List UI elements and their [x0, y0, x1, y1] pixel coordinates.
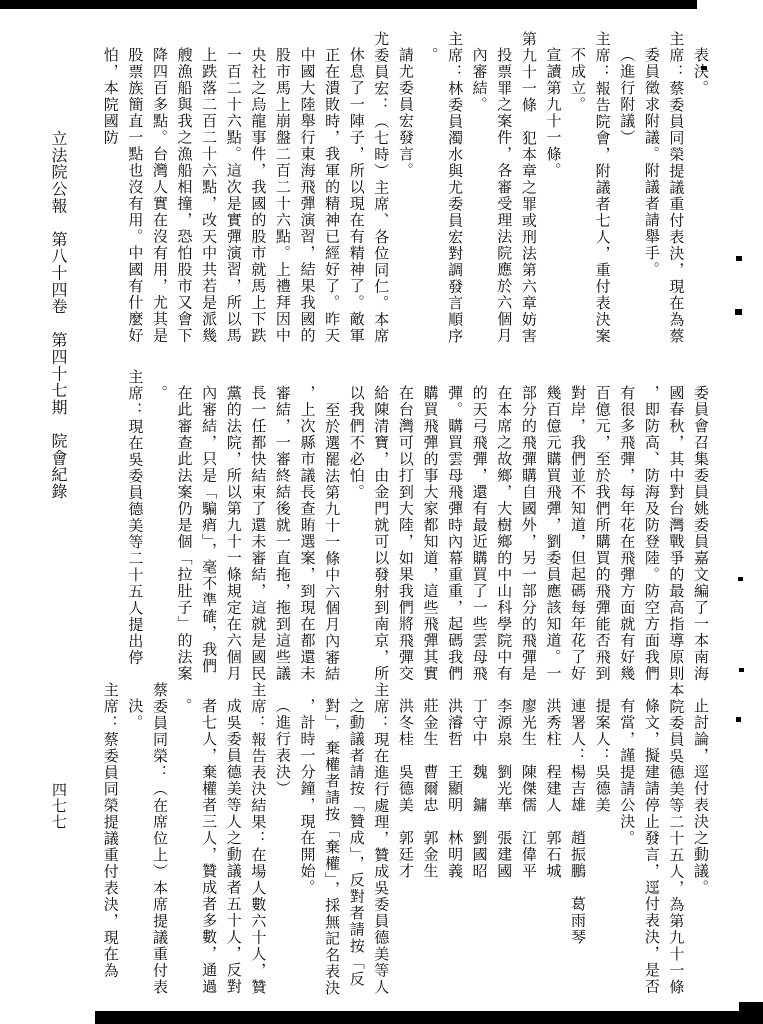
- paragraph: 主席：蔡委員同榮提議重付表決，現在為: [97, 698, 122, 997]
- paragraph: 主席：報告院會，附議者七人，重付表決案不成立。: [564, 47, 613, 346]
- paragraph: 主席：林委員濁水與尤委員宏對調發言順序。: [417, 47, 466, 346]
- paragraph: 主席：現在進行處理，贊成吳委員德美等人之動議者請按「贊成」，反對者請按「反對」，…: [294, 698, 392, 997]
- scan-artifact-speck: [738, 577, 743, 581]
- paragraph: 尤委員宏：（七時）主席、各位同仁。本席休息了一陣子，所以現在有精神了。敵軍正在潰…: [97, 47, 392, 346]
- paragraph: （進行附議）: [614, 47, 639, 346]
- paragraph: 廖光生 陳傑儒 江偉平: [515, 698, 540, 997]
- text-band-top: 表決。主席：蔡委員同榮提議重付表決，現在為蔡委員徵求附議。附議者請舉手。（進行附…: [67, 47, 712, 346]
- paragraph: 主席：報告表決結果：在場人數六十人，贊成吳委員德美等人之動議者五十人，反對者七人…: [171, 698, 269, 997]
- scan-artifact-corner-blob: [739, 1002, 763, 1024]
- paragraph: 洪冬桂 吳德美 郭廷才: [392, 698, 417, 997]
- paragraph: 提案人：吳德美: [589, 698, 614, 997]
- scan-artifact-speck: [739, 668, 744, 672]
- paragraph: 丁守中 魏 鏞 劉國昭: [466, 698, 491, 997]
- paragraph: 本院委員吳德美等二十五人，為第九十一條條文，擬建請停止發言，逕付表決，是否有當，…: [614, 698, 688, 997]
- paragraph: 委員會召集委員姚委員嘉文編了一本南海國春秋，其中對台灣戰爭的最高指導原則，即防高…: [343, 385, 712, 684]
- paragraph: 第九十一條 犯本章之罪或刑法第六章妨害投票罪之案件，各審受理法院應於六個月內審結…: [466, 47, 540, 346]
- paragraph: 至於選罷法第九十一條中六個月內審結，上次縣市議長查賄選案，到現在都還未審結，一審…: [146, 385, 343, 684]
- paragraph: 主席：現在吳委員德美等二十五人提出停: [122, 385, 147, 684]
- gazette-scan-page: 立法院公報 第八十四卷 第四十七期 院會紀錄 四七七 表決。主席：蔡委員同榮提議…: [0, 0, 763, 1024]
- paragraph: 李源泉 劉光華 張建國: [491, 698, 516, 997]
- scan-artifact-speck: [736, 256, 742, 261]
- scan-artifact-bottom-bar: [95, 1011, 763, 1024]
- journal-masthead: 立法院公報 第八十四卷 第四十七期 院會紀錄: [45, 130, 69, 515]
- paragraph: 止討論，逕付表決之動議。: [687, 698, 712, 997]
- paragraph: 洪濬哲 王顯明 林明義: [441, 698, 466, 997]
- scan-artifact-top-bar: [0, 0, 697, 9]
- paragraph: 請尤委員宏發言。: [392, 47, 417, 346]
- paragraph: 蔡委員同榮：（在席位上）本席提議重付表決。: [122, 698, 171, 997]
- paragraph: 連署人：楊吉雄 趙振鵬 葛雨琴: [564, 698, 589, 997]
- paragraph: 主席：蔡委員同榮提議重付表決，現在為蔡委員徵求附議。附議者請舉手。: [638, 47, 687, 346]
- text-band-bottom: 止討論，逕付表決之動議。本院委員吳德美等二十五人，為第九十一條條文，擬建請停止發…: [67, 698, 712, 997]
- scan-artifact-speck: [736, 717, 741, 722]
- text-band-middle: 委員會召集委員姚委員嘉文編了一本南海國春秋，其中對台灣戰爭的最高指導原則，即防高…: [67, 385, 712, 684]
- paragraph: （進行表決）: [269, 698, 294, 997]
- paragraph: 表決。: [687, 47, 712, 346]
- paragraph: 莊金生 曹爾忠 郭金生: [417, 698, 442, 997]
- scan-artifact-speck: [735, 309, 742, 315]
- page-number: 四七七: [47, 782, 69, 842]
- paragraph: 洪秀柱 程建人 郭石城: [540, 698, 565, 997]
- paragraph: 宣讀第九十一條。: [540, 47, 565, 346]
